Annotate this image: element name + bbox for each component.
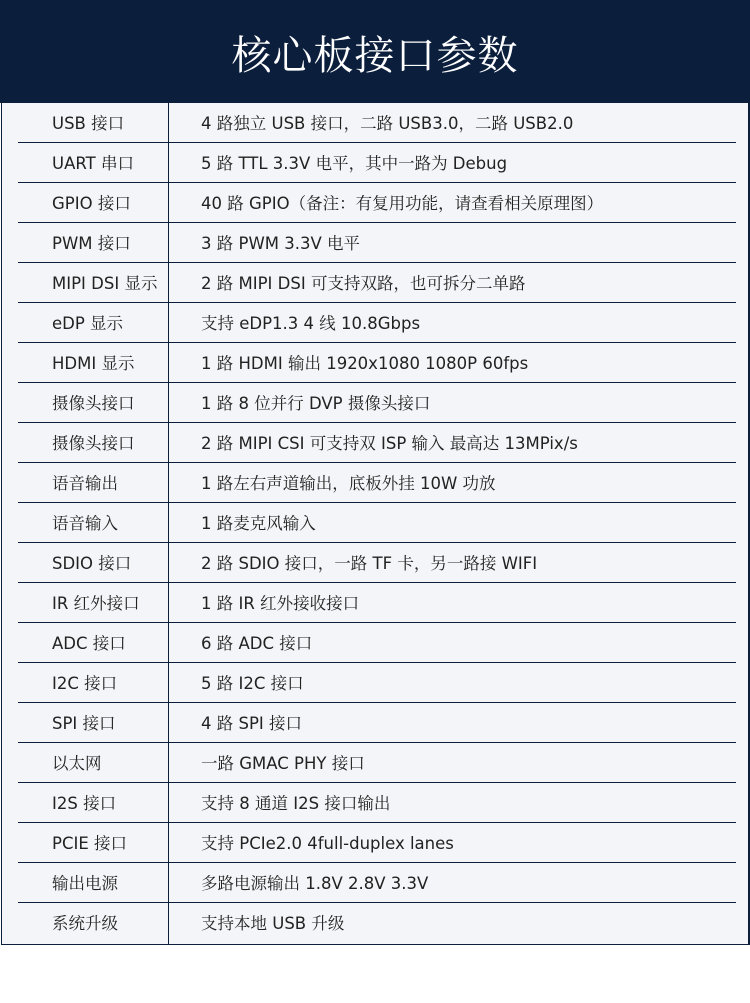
row-label: 摄像头接口 <box>52 423 135 463</box>
row-label: 系统升级 <box>52 903 118 943</box>
row-value: 2 路 SDIO 接口，一路 TF 卡，另一路接 WIFI <box>201 543 537 583</box>
table-row: USB 接口4 路独立 USB 接口，二路 USB3.0，二路 USB2.0 <box>2 103 748 143</box>
table-row: UART 串口5 路 TTL 3.3V 电平，其中一路为 Debug <box>2 143 748 183</box>
table-row: I2S 接口支持 8 通道 I2S 接口输出 <box>2 783 748 823</box>
row-label: I2S 接口 <box>52 783 116 823</box>
row-label: eDP 显示 <box>52 303 123 343</box>
row-value: 1 路左右声道输出，底板外挂 10W 功放 <box>201 463 496 503</box>
row-value: 支持 PCIe2.0 4full-duplex lanes <box>201 823 454 863</box>
table-row: 系统升级支持本地 USB 升级 <box>2 903 748 943</box>
row-label: 语音输入 <box>52 503 118 543</box>
row-label: 以太网 <box>52 743 102 783</box>
row-label: UART 串口 <box>52 143 134 183</box>
row-value: 5 路 I2C 接口 <box>201 663 304 703</box>
row-label: 语音输出 <box>52 463 118 503</box>
table-row: HDMI 显示1 路 HDMI 输出 1920x1080 1080P 60fps <box>2 343 748 383</box>
spec-table: USB 接口4 路独立 USB 接口，二路 USB3.0，二路 USB2.0UA… <box>1 103 750 945</box>
table-row: GPIO 接口40 路 GPIO（备注：有复用功能，请查看相关原理图） <box>2 183 748 223</box>
table-row: SDIO 接口2 路 SDIO 接口，一路 TF 卡，另一路接 WIFI <box>2 543 748 583</box>
row-label: SDIO 接口 <box>52 543 131 583</box>
row-value: 支持 8 通道 I2S 接口输出 <box>201 783 390 823</box>
row-label: ADC 接口 <box>52 623 126 663</box>
row-value: 支持本地 USB 升级 <box>201 903 344 943</box>
row-label: IR 红外接口 <box>52 583 140 623</box>
row-label: 摄像头接口 <box>52 383 135 423</box>
row-value: 2 路 MIPI DSI 可支持双路，也可拆分二单路 <box>201 263 525 303</box>
table-row: MIPI DSI 显示2 路 MIPI DSI 可支持双路，也可拆分二单路 <box>2 263 748 303</box>
row-value: 支持 eDP1.3 4 线 10.8Gbps <box>201 303 420 343</box>
table-row: PCIE 接口支持 PCIe2.0 4full-duplex lanes <box>2 823 748 863</box>
row-value: 1 路 8 位并行 DVP 摄像头接口 <box>201 383 430 423</box>
row-value: 3 路 PWM 3.3V 电平 <box>201 223 360 263</box>
row-value: 4 路 SPI 接口 <box>201 703 302 743</box>
table-row: 摄像头接口2 路 MIPI CSI 可支持双 ISP 输入 最高达 13MPix… <box>2 423 748 463</box>
row-value: 1 路 IR 红外接收接口 <box>201 583 359 623</box>
row-value: 40 路 GPIO（备注：有复用功能，请查看相关原理图） <box>201 183 603 223</box>
row-label: MIPI DSI 显示 <box>52 263 157 303</box>
row-value: 6 路 ADC 接口 <box>201 623 312 663</box>
row-label: GPIO 接口 <box>52 183 131 223</box>
table-row: 以太网一路 GMAC PHY 接口 <box>2 743 748 783</box>
row-label: I2C 接口 <box>52 663 117 703</box>
row-value: 多路电源输出 1.8V 2.8V 3.3V <box>201 863 428 903</box>
row-value: 5 路 TTL 3.3V 电平，其中一路为 Debug <box>201 143 507 183</box>
table-row: I2C 接口5 路 I2C 接口 <box>2 663 748 703</box>
row-label: USB 接口 <box>52 103 124 143</box>
table-row: SPI 接口4 路 SPI 接口 <box>2 703 748 743</box>
table-row: ADC 接口6 路 ADC 接口 <box>2 623 748 663</box>
row-label: 输出电源 <box>52 863 118 903</box>
table-row: eDP 显示支持 eDP1.3 4 线 10.8Gbps <box>2 303 748 343</box>
row-label: PWM 接口 <box>52 223 131 263</box>
page-title: 核心板接口参数 <box>232 24 519 81</box>
row-label: HDMI 显示 <box>52 343 134 383</box>
table-row: PWM 接口3 路 PWM 3.3V 电平 <box>2 223 748 263</box>
row-value: 4 路独立 USB 接口，二路 USB3.0，二路 USB2.0 <box>201 103 573 143</box>
row-value: 2 路 MIPI CSI 可支持双 ISP 输入 最高达 13MPix/s <box>201 423 578 463</box>
table-row: 摄像头接口1 路 8 位并行 DVP 摄像头接口 <box>2 383 748 423</box>
row-value: 一路 GMAC PHY 接口 <box>201 743 365 783</box>
row-value: 1 路麦克风输入 <box>201 503 316 543</box>
row-value: 1 路 HDMI 输出 1920x1080 1080P 60fps <box>201 343 528 383</box>
table-row: 语音输出1 路左右声道输出，底板外挂 10W 功放 <box>2 463 748 503</box>
row-label: PCIE 接口 <box>52 823 127 863</box>
table-row: 输出电源多路电源输出 1.8V 2.8V 3.3V <box>2 863 748 903</box>
table-row: 语音输入1 路麦克风输入 <box>2 503 748 543</box>
table-row: IR 红外接口1 路 IR 红外接收接口 <box>2 583 748 623</box>
row-label: SPI 接口 <box>52 703 116 743</box>
header-banner: 核心板接口参数 <box>0 0 750 103</box>
